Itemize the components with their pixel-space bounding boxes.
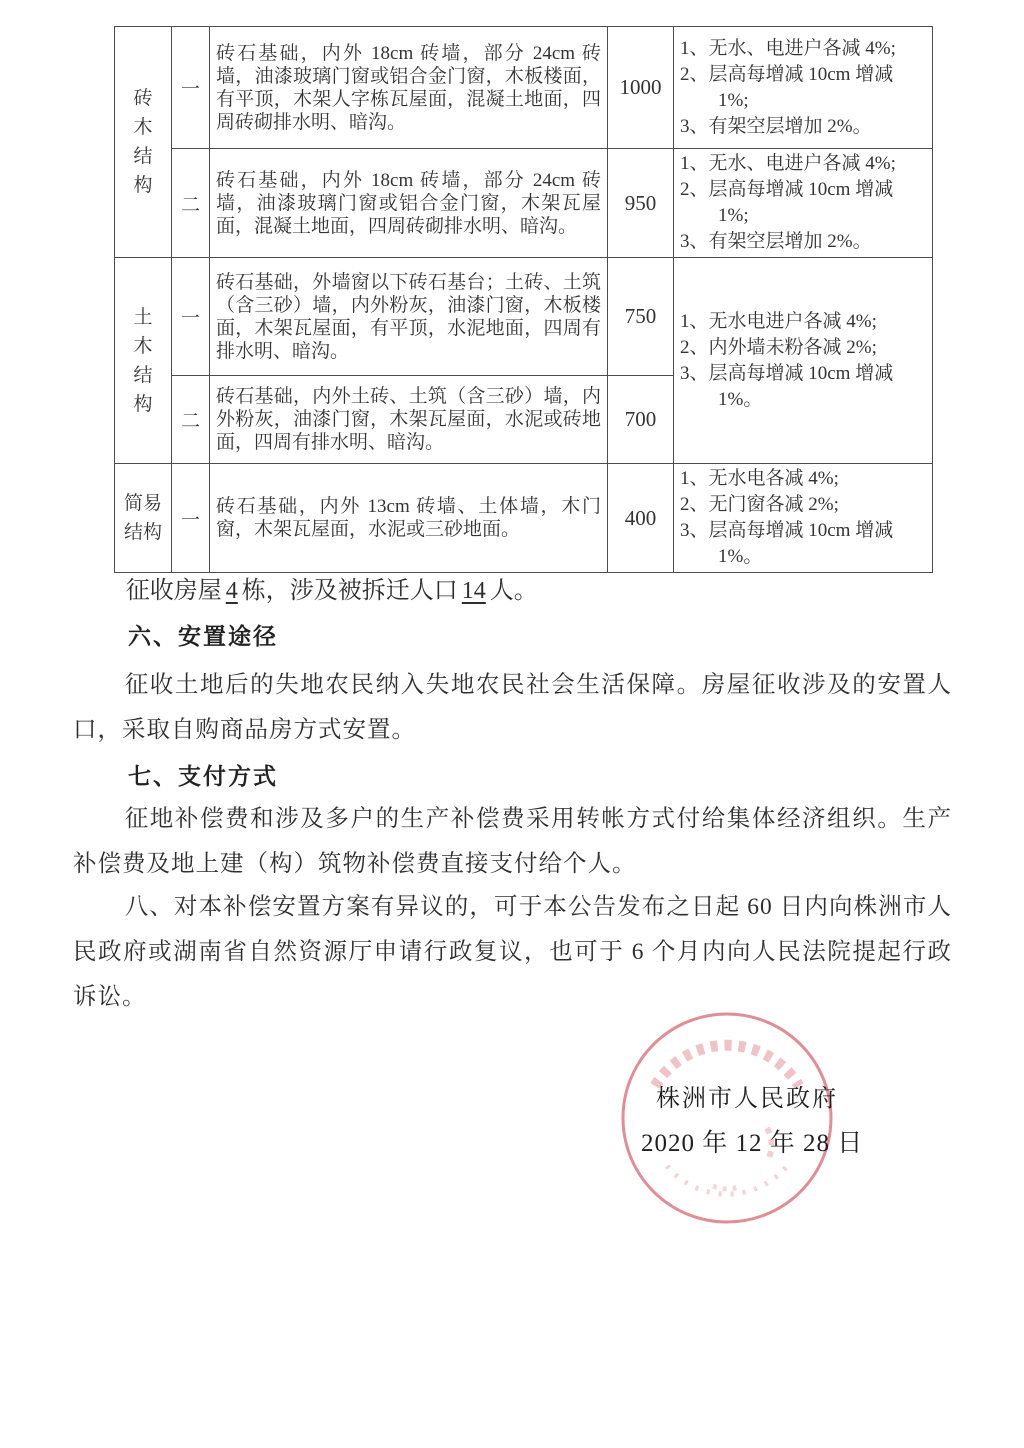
signature-date: 2020 年 12 年 28 日 [641, 1123, 863, 1159]
description-cell: 砖石基础，内外 18cm 砖墙，部分 24cm 砖墙，油漆玻璃门窗或铝合金门窗，… [210, 27, 608, 149]
note-line: 1、无水电各减 4%; [680, 466, 926, 492]
summary-text: 人。 [490, 578, 538, 604]
structure-cell: 简易结构 [115, 464, 172, 573]
section-8-paragraph: 八、对本补偿安置方案有异议的，可于本公告发布之日起 60 日内向株洲市人民政府或… [73, 885, 952, 1020]
note-line: 2、层高每增减 10cm 增减 1%; [680, 62, 926, 114]
signature-authority: 株洲市人民政府 [656, 1078, 838, 1113]
official-seal-graphic [617, 1008, 837, 1228]
structure-cell: 土木结构 [115, 258, 172, 464]
notes-cell: 1、无水电进户各减 4%; 2、内外墙未粉各减 2%; 3、层高每增减 10cm… [674, 258, 933, 464]
note-line: 3、有架空层增加 2%。 [680, 229, 926, 255]
structure-label: 土木结构 [132, 303, 154, 419]
summary-text: 栋，涉及被拆迁人口 [242, 578, 458, 604]
grade-cell: 一 [172, 464, 210, 573]
compensation-standards-table: 砖木结构 一 砖石基础，内外 18cm 砖墙，部分 24cm 砖墙，油漆玻璃门窗… [114, 26, 932, 573]
description-cell: 砖石基础，内外 18cm 砖墙，部分 24cm 砖墙，油漆玻璃门窗或铝合金门窗，… [210, 149, 608, 258]
compensation-table: 砖木结构 一 砖石基础，内外 18cm 砖墙，部分 24cm 砖墙，油漆玻璃门窗… [114, 26, 933, 573]
price-cell: 400 [608, 464, 674, 573]
grade-cell: 一 [172, 258, 210, 376]
structure-label: 简易结构 [121, 489, 165, 547]
description-cell: 砖石基础，外墙窗以下砖石基台；土砖、土筑（含三砂）墙，内外粉灰，油漆门窗，木板楼… [210, 258, 608, 376]
grade-cell: 一 [172, 27, 210, 149]
price-cell: 750 [608, 258, 674, 376]
description-cell: 砖石基础，内外 13cm 砖墙、土体墙，木门窗，木架瓦屋面，水泥或三砂地面。 [210, 464, 608, 573]
section-6-paragraph: 征收土地后的失地农民纳入失地农民社会生活保障。房屋征收涉及的安置人口，采取自购商… [73, 663, 952, 753]
table-row: 砖木结构 一 砖石基础，内外 18cm 砖墙，部分 24cm 砖墙，油漆玻璃门窗… [115, 27, 933, 149]
grade-cell: 二 [172, 149, 210, 258]
note-line: 2、层高每增减 10cm 增减 1%; [680, 177, 926, 229]
note-line: 1、无水电进户各减 4%; [680, 309, 926, 335]
table-row: 简易结构 一 砖石基础，内外 13cm 砖墙、土体墙，木门窗，木架瓦屋面，水泥或… [115, 464, 933, 573]
note-line: 1、无水、电进户各减 4%; [680, 151, 926, 177]
notes-cell: 1、无水电各减 4%; 2、无门窗各减 2%; 3、层高每增减 10cm 增减 … [674, 464, 933, 573]
notes-cell: 1、无水、电进户各减 4%; 2、层高每增减 10cm 增减 1%; 3、有架空… [674, 27, 933, 149]
houses-count: 4 [222, 578, 242, 604]
section-7-paragraph: 征地补偿费和涉及多户的生产补偿费采用转帐方式付给集体经济组织。生产补偿费及地上建… [73, 797, 952, 887]
note-line: 2、内外墙未粉各减 2%; [680, 335, 926, 361]
price-cell: 1000 [608, 27, 674, 149]
document-page: 砖木结构 一 砖石基础，内外 18cm 砖墙，部分 24cm 砖墙，油漆玻璃门窗… [0, 0, 1024, 1448]
description-cell: 砖石基础，内外土砖、土筑（含三砂）墙，内外粉灰，油漆门窗，木架瓦屋面，水泥或砖地… [210, 376, 608, 464]
people-count: 14 [458, 578, 490, 604]
grade-cell: 二 [172, 376, 210, 464]
table-row: 土木结构 一 砖石基础，外墙窗以下砖石基台；土砖、土筑（含三砂）墙，内外粉灰，油… [115, 258, 933, 376]
summary-text: 征收房屋 [126, 578, 222, 604]
structure-cell: 砖木结构 [115, 27, 172, 258]
note-line: 2、无门窗各减 2%; [680, 492, 926, 518]
table-row: 二 砖石基础，内外 18cm 砖墙，部分 24cm 砖墙，油漆玻璃门窗或铝合金门… [115, 149, 933, 258]
note-line: 3、有架空层增加 2%。 [680, 114, 926, 140]
note-line: 3、层高每增减 10cm 增减 1%。 [680, 361, 926, 413]
price-cell: 700 [608, 376, 674, 464]
structure-label: 砖木结构 [132, 84, 154, 200]
price-cell: 950 [608, 149, 674, 258]
expropriation-summary: 征收房屋4栋，涉及被拆迁人口14人。 [73, 572, 953, 610]
section-heading-7: 七、支付方式 [128, 758, 278, 791]
note-line: 1、无水、电进户各减 4%; [680, 36, 926, 62]
note-line: 3、层高每增减 10cm 增减 1%。 [680, 518, 926, 570]
notes-cell: 1、无水、电进户各减 4%; 2、层高每增减 10cm 增减 1%; 3、有架空… [674, 149, 933, 258]
section-heading-6: 六、安置途径 [128, 618, 278, 651]
official-seal [617, 1008, 837, 1228]
